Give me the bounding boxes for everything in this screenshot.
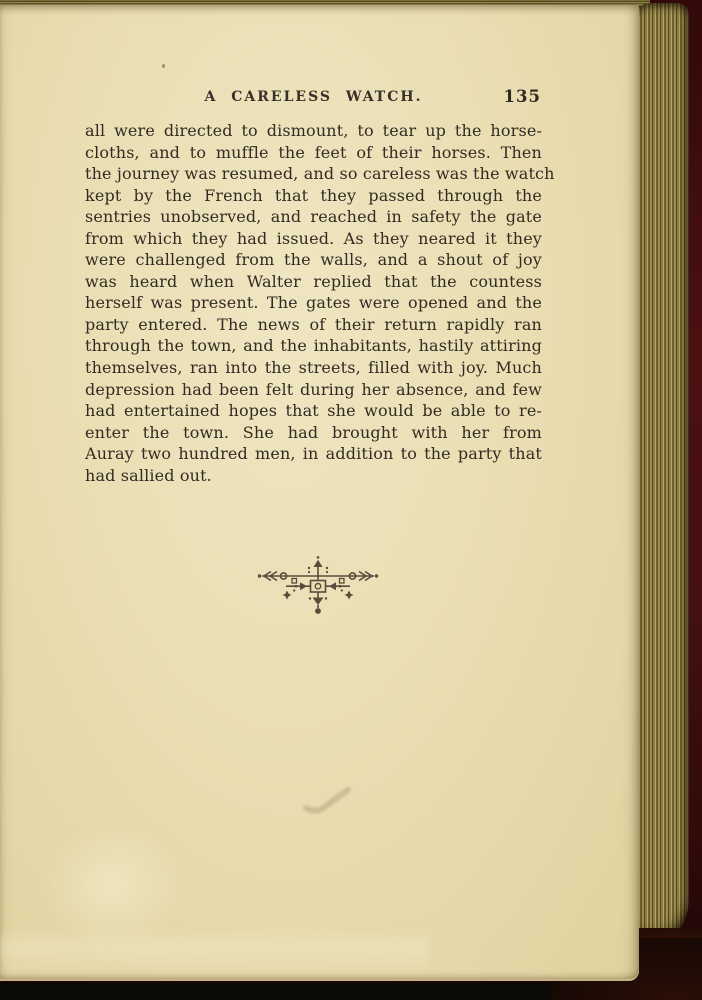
body-text: all were directed to dismount, to tear u… (85, 120, 542, 486)
body-line: enter the town. She had brought with her… (85, 422, 542, 444)
body-line: all were directed to dismount, to tear u… (85, 120, 542, 142)
body-line: party entered. The news of their return … (85, 314, 542, 336)
body-line: cloths, and to muffle the feet of their … (85, 142, 542, 164)
running-header: A CARELESS WATCH. 135 (85, 89, 542, 109)
body-line: Auray two hundred men, in addition to th… (85, 443, 542, 465)
paper-stain (0, 927, 430, 972)
body-line: herself was present. The gates were open… (85, 292, 542, 314)
body-line: was heard when Walter replied that the c… (85, 271, 542, 293)
page-title: A CARELESS WATCH. (85, 89, 542, 105)
paper-speck (162, 64, 165, 68)
body-line: had entertained hopes that she would be … (85, 400, 542, 422)
body-line: sentries unobserved, and reached in safe… (85, 206, 542, 228)
paper-smudge (298, 780, 360, 818)
book-fore-edge-pages (636, 3, 689, 945)
body-line: had sallied out. (85, 465, 542, 487)
body-line: through the town, and the inhabitants, h… (85, 335, 542, 357)
body-line: the journey was resumed, and so careless… (85, 163, 542, 185)
body-line: from which they had issued. As they near… (85, 228, 542, 250)
body-line: kept by the French that they passed thro… (85, 185, 542, 207)
book-photo: A CARELESS WATCH. 135 all were directed … (0, 0, 702, 1000)
body-line: themselves, ran into the streets, filled… (85, 357, 542, 379)
page-number: 135 (504, 87, 541, 106)
body-line: depression had been felt during her abse… (85, 379, 542, 401)
tailpiece-ornament (256, 555, 380, 617)
body-line: were challenged from the walls, and a sh… (85, 249, 542, 271)
